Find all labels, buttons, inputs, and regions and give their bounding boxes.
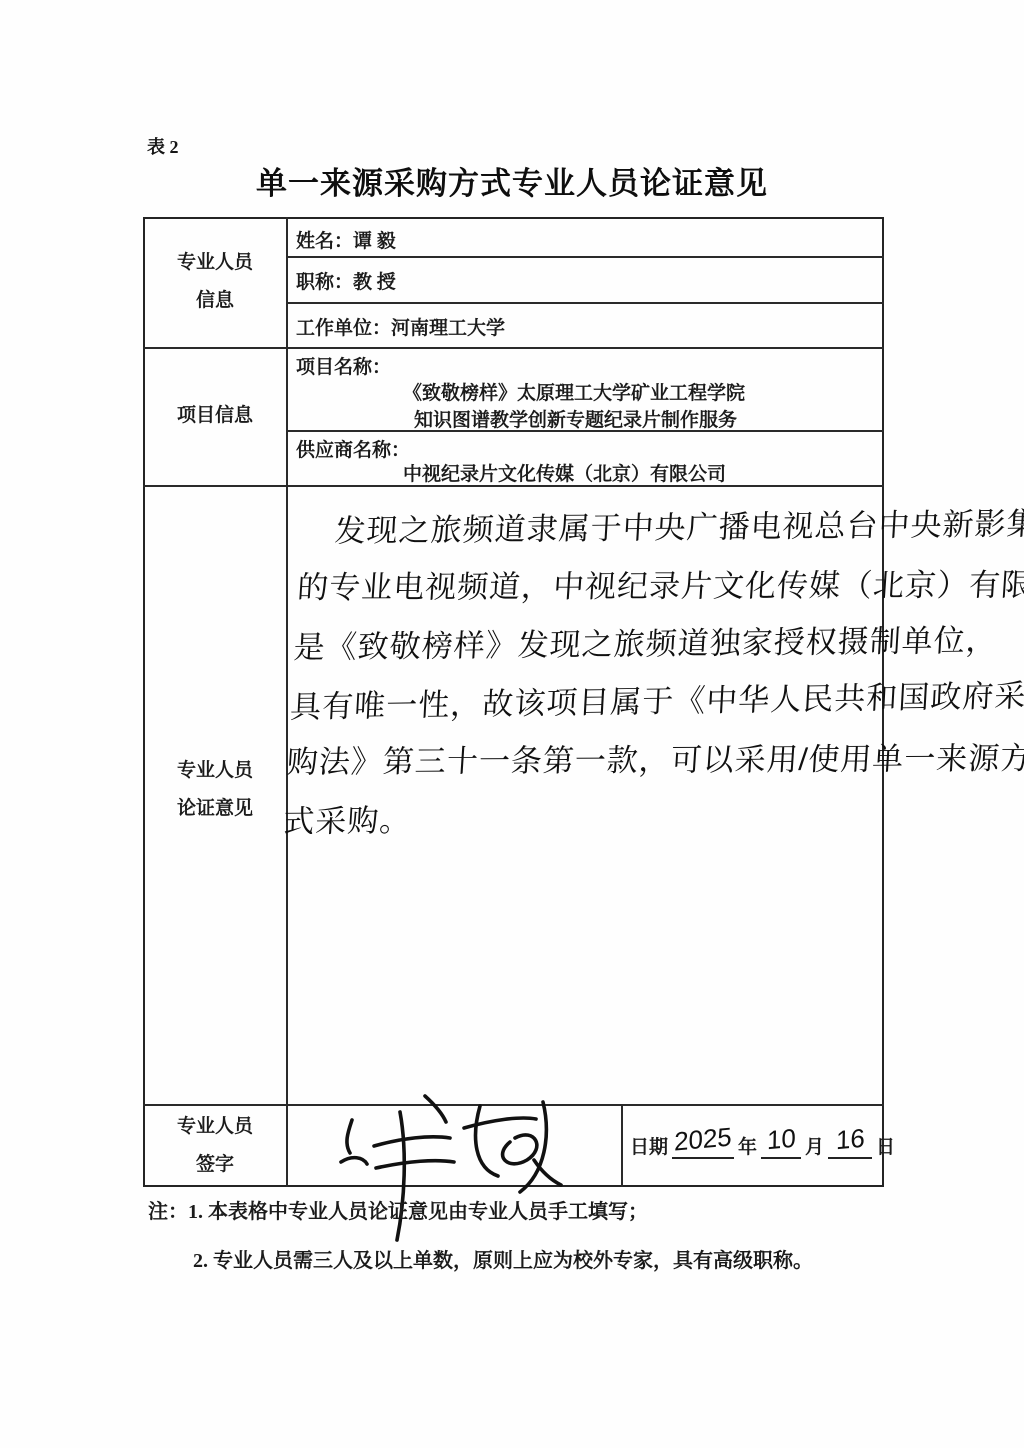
supplier-label: 供应商名称： — [296, 435, 410, 462]
handwritten-line: 发现之旅频道隶属于中央广播电视总台中央新影集团 — [299, 497, 888, 561]
handwritten-line: 是《致敬榜样》发现之旅频道独家授权摄制单位， — [292, 613, 881, 677]
name-label: 姓名： — [296, 231, 353, 252]
date-day-value: 16 — [835, 1128, 864, 1151]
row-label-line: 信息 — [196, 290, 234, 311]
table-number-label: 表 2 — [147, 133, 179, 159]
handwritten-opinion: 发现之旅频道隶属于中央广播电视总台中央新影集团 的专业电视频道，中视纪录片文化传… — [282, 497, 889, 851]
job-title-value: 教 授 — [353, 272, 396, 293]
table-divider — [143, 347, 884, 349]
date-month-value: 10 — [766, 1128, 795, 1151]
date-month-underline: 10 — [761, 1132, 801, 1159]
row-label-project-info: 项目信息 — [143, 397, 287, 435]
work-unit-value: 河南理工大学 — [391, 318, 505, 339]
handwritten-line: 购法》第三十一条第一款，可以采用/使用单一来源方 — [285, 731, 875, 792]
name-row: 姓名：谭 毅 — [296, 226, 396, 253]
date-row: 日期 2025 年 10 月 16 日 — [630, 1104, 882, 1187]
row-label-line: 专业人员 — [177, 760, 253, 781]
work-unit-row: 工作单位：河南理工大学 — [296, 313, 505, 340]
row-label-line: 项目信息 — [177, 405, 253, 426]
table-divider-vertical — [286, 217, 288, 1187]
row-label-line: 论证意见 — [177, 798, 253, 819]
date-month-unit: 月 — [805, 1132, 824, 1159]
date-year-value: 2025 — [674, 1126, 732, 1151]
table-divider — [287, 302, 884, 304]
date-year-underline: 2025 — [672, 1132, 734, 1159]
handwritten-line: 具有唯一性，故该项目属于《中华人民共和国政府采 — [289, 669, 878, 736]
date-year-unit: 年 — [738, 1132, 757, 1159]
project-name-label: 项目名称： — [296, 352, 391, 379]
row-label-personnel-info: 专业人员 信息 — [143, 244, 287, 320]
date-day-unit: 日 — [876, 1132, 895, 1159]
row-label-opinion: 专业人员 论证意见 — [143, 752, 287, 828]
supplier-value: 中视纪录片文化传媒（北京）有限公司 — [403, 459, 726, 486]
handwritten-line: 式采购。 — [282, 787, 871, 851]
page-title: 单一来源采购方式专业人员论证意见 — [0, 158, 1024, 203]
note-line-2: 2. 专业人员需三人及以上单数，原则上应为校外专家，具有高级职称。 — [148, 1244, 888, 1273]
row-label-signature: 专业人员 签字 — [143, 1108, 287, 1184]
footer-notes: 注：1. 本表格中专业人员论证意见由专业人员手工填写； 2. 专业人员需三人及以… — [148, 1195, 888, 1273]
job-title-row: 职称：教 授 — [296, 267, 396, 294]
scanned-form-page: 表 2 单一来源采购方式专业人员论证意见 专业人员 信息 项目信息 专业人员 论… — [0, 0, 1024, 1448]
table-divider — [287, 256, 884, 258]
work-unit-label: 工作单位： — [296, 318, 391, 339]
name-value: 谭 毅 — [353, 231, 396, 252]
handwritten-line: 的专业电视频道，中视纪录片文化传媒（北京）有限公司 — [295, 557, 885, 617]
job-title-label: 职称： — [296, 272, 353, 293]
project-name-line1: 《致敬榜样》太原理工大学矿业工程学院 — [403, 378, 745, 405]
date-day-underline: 16 — [828, 1132, 872, 1159]
note-line-1: 注：1. 本表格中专业人员论证意见由专业人员手工填写； — [148, 1195, 888, 1224]
date-label: 日期 — [630, 1132, 668, 1159]
row-label-line: 专业人员 — [177, 252, 253, 273]
row-label-line: 签字 — [196, 1154, 234, 1175]
row-label-line: 专业人员 — [177, 1116, 253, 1137]
project-name-line2: 知识图谱教学创新专题纪录片制作服务 — [414, 405, 737, 432]
